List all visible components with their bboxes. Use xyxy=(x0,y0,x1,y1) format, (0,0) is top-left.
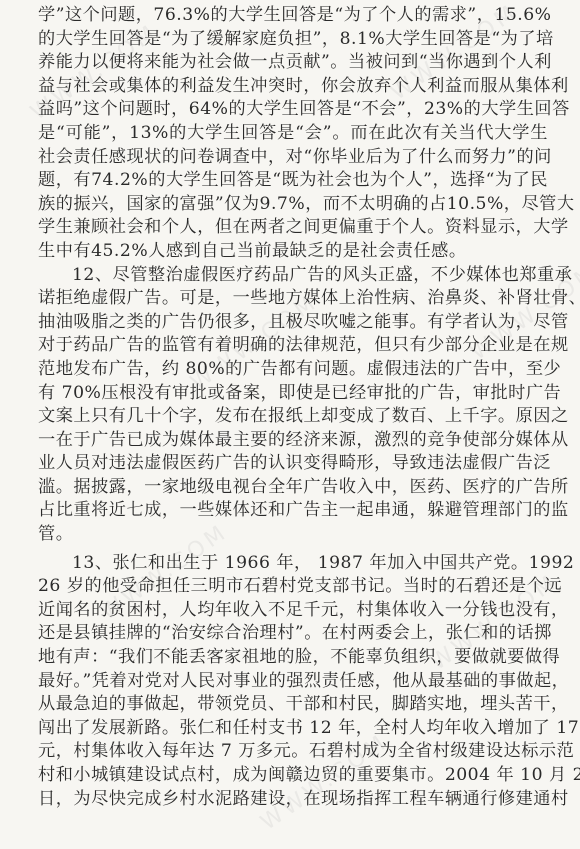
text-line: 诺拒绝虚假广告。可是，一些地方媒体上治性病、治鼻炎、补肾壮骨、 xyxy=(38,287,548,311)
text-line: 一在于广告已成为媒体最主要的经济来源，激烈的竞争使部分媒体从 xyxy=(38,429,548,453)
text-line: 村和小城镇建设试点村，成为闽赣边贸的重要集市。2004 年 10 月 23 xyxy=(38,764,548,788)
paragraph-13: 13、张仁和出生于 1966 年， 1987 年加入中国共产党。1992 年， … xyxy=(38,552,548,812)
text-line: 业人员对违法虚假医药广告的认识变得畸形，导致违法虚假广告泛 xyxy=(38,452,548,476)
text-line: 学生兼顾社会和个人，但在两者之间更偏重于个人。资料显示，大学 xyxy=(38,216,548,240)
text-line: 闯出了发展新路。张仁和任村支书 12 年，全村人均年收入增加了 1700 xyxy=(38,717,548,741)
paragraph-12: 12、尽管整治虚假医疗药品广告的风头正盛，不少媒体也郑重承 诺拒绝虚假广告。可是… xyxy=(38,264,548,547)
text-line: 益吗”这个问题时，64%的大学生回答是“不会”，23%的大学生回答 xyxy=(38,98,548,122)
text-line: 从最急迫的事做起，带领党员、干部和村民，脚踏实地，埋头苦干， xyxy=(38,693,548,717)
document-body: 学”这个问题，76.3%的大学生回答是“为了个人的需求”，15.6% 的大学生回… xyxy=(38,4,548,811)
text-line: 地有声：“我们不能丢客家祖地的脸，不能辜负组织，要做就要做得 xyxy=(38,646,548,670)
text-line: 占比重将近七成，一些媒体还和广告主一起串通，躲避管理部门的监 xyxy=(38,499,548,523)
text-line: 题，有74.2%的大学生回答是“既为社会也为个人”，选择“为了民 xyxy=(38,169,548,193)
text-line: 抽油吸脂之类的广告仍很多，且极尽吹嘘之能事。有学者认为，尽管 xyxy=(38,311,548,335)
text-line: 族的振兴，国家的富强”仅为9.7%，而不太明确的占10.5%，尽管大 xyxy=(38,193,548,217)
text-line: 近闻名的贫困村，人均年收入不足千元，村集体收入一分钱也没有， xyxy=(38,599,548,623)
text-line: 范地发布广告，约 80%的广告都有问题。虚假违法的广告中，至少 xyxy=(38,358,548,382)
text-line: 滥。据披露，一家地级电视台全年广告收入中，医药、医疗的广告所 xyxy=(38,476,548,500)
text-line: 养能力以便将来能为社会做一点贡献”。当被问到“当你遇到个人利 xyxy=(38,51,548,75)
text-line: 的大学生回答是“为了缓解家庭负担”，8.1%大学生回答是“为了培 xyxy=(38,28,548,52)
text-line: 管。 xyxy=(38,523,548,547)
text-line: 学”这个问题，76.3%的大学生回答是“为了个人的需求”，15.6% xyxy=(38,4,548,28)
text-line: 还是县镇挂牌的“治安综合治理村”。在村两委会上，张仁和的话掷 xyxy=(38,622,548,646)
scanned-document-page: WWW.COM WWW.COM WWW.COM WWW.COM WWW.COM … xyxy=(0,0,580,849)
text-line: 是“可能”，13%的大学生回答是“会”。而在此次有关当代大学生 xyxy=(38,122,548,146)
text-line: 社会责任感现状的问卷调查中，对“你毕业后为了什么而努力”的问 xyxy=(38,146,548,170)
text-line: 对于药品广告的监管有着明确的法律规范，但只有少部分企业是在规 xyxy=(38,334,548,358)
text-line: 最好。”凭着对党对人民对事业的强烈责任感，他从最基础的事做起， xyxy=(38,670,548,694)
text-line: 文案上只有几十个字，发布在报纸上却变成了数百、上千字。原因之 xyxy=(38,405,548,429)
text-line: 益与社会或集体的利益发生冲突时，你会放弃个人利益而服从集体利 xyxy=(38,75,548,99)
text-line: 日，为尽快完成乡村水泥路建设，在现场指挥工程车辆通行修建通村 xyxy=(38,788,548,812)
text-line: 12、尽管整治虚假医疗药品广告的风头正盛，不少媒体也郑重承 xyxy=(38,264,548,288)
text-line: 26 岁的他受命担任三明市石碧村党支部书记。当时的石碧还是个远 xyxy=(38,575,548,599)
text-line: 元，村集体收入每年达 7 万多元。石碧村成为全省村级建设达标示范 xyxy=(38,740,548,764)
text-line: 13、张仁和出生于 1966 年， 1987 年加入中国共产党。1992 年， xyxy=(38,552,548,576)
paragraph-11-continued: 学”这个问题，76.3%的大学生回答是“为了个人的需求”，15.6% 的大学生回… xyxy=(38,4,548,264)
text-line: 生中有45.2%人感到自己当前最缺乏的是社会责任感。 xyxy=(38,240,548,264)
text-line: 有 70%压根没有审批或备案，即使是已经审批的广告，审批时广告 xyxy=(38,382,548,406)
